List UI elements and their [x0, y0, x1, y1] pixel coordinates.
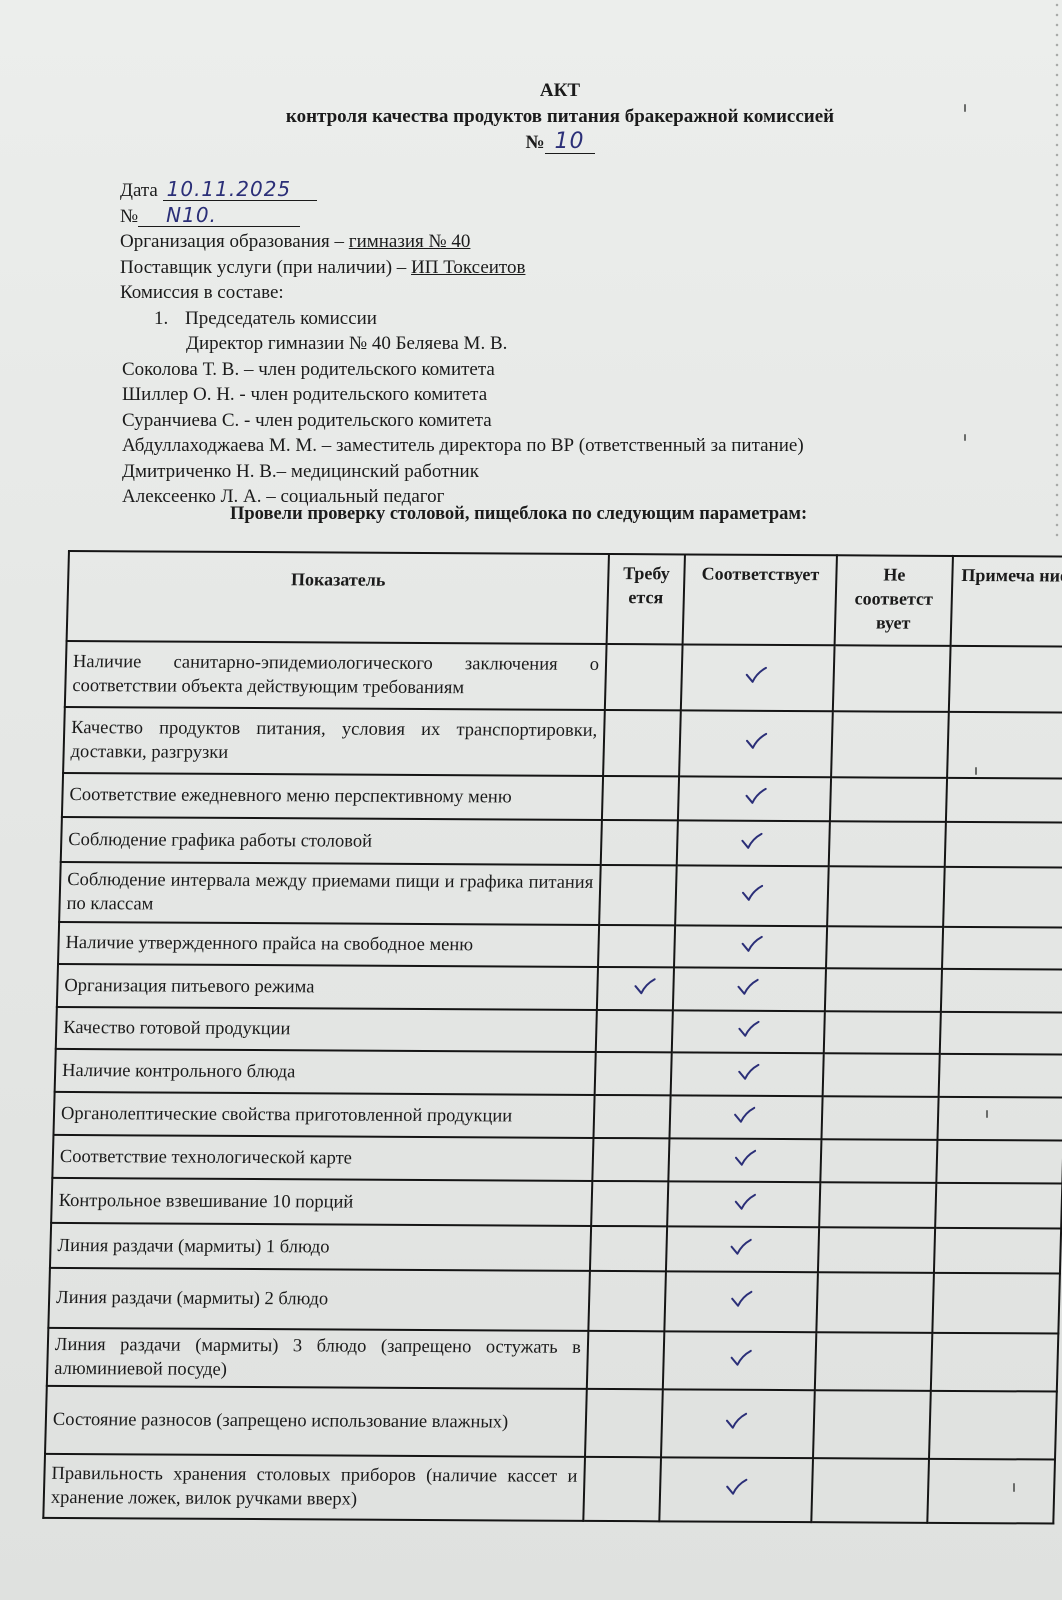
not-complies-cell[interactable] [823, 1053, 940, 1097]
not-complies-cell[interactable] [831, 711, 949, 778]
note-cell[interactable] [929, 1391, 1057, 1460]
not-complies-cell[interactable] [833, 645, 951, 712]
table-row: Органолептические свойства приготовленно… [53, 1092, 1062, 1141]
check-mark-icon [736, 977, 758, 995]
required-cell[interactable] [601, 820, 678, 865]
required-cell[interactable] [595, 1052, 672, 1095]
paper-sheet: АКТ контроля качества продуктов питания … [0, 0, 1062, 1600]
required-cell[interactable] [592, 1138, 669, 1181]
member-5: Дмитриченко Н. В.– медицинский работник [122, 459, 804, 485]
required-cell[interactable] [603, 710, 681, 776]
required-cell[interactable] [599, 865, 677, 925]
table-row: Состояние разносов (запрещено использова… [45, 1386, 1057, 1460]
supplier-label: Поставщик услуги (при наличии) – [120, 257, 411, 278]
note-cell[interactable] [945, 822, 1062, 868]
indicator-cell: Соответствие технологической карте [52, 1135, 593, 1181]
note-cell[interactable] [936, 1140, 1062, 1184]
note-cell[interactable] [947, 712, 1062, 779]
complies-cell[interactable] [675, 865, 829, 926]
check-mark-icon [733, 1105, 755, 1123]
indicator-cell: Соблюдение интервала между приемами пищи… [59, 862, 601, 925]
table-row: Соблюдение интервала между приемами пищи… [59, 862, 1062, 928]
note-cell[interactable] [941, 969, 1062, 1013]
not-complies-cell[interactable] [820, 1139, 937, 1183]
complies-cell[interactable] [671, 1052, 824, 1096]
document-subtitle: контроля качества продуктов питания брак… [230, 104, 890, 130]
note-cell[interactable] [931, 1333, 1059, 1392]
act-number: №10 [230, 130, 890, 156]
complies-cell[interactable] [672, 1010, 825, 1053]
indicator-cell: Линия раздачи (мармиты) 1 блюдо [50, 1223, 591, 1271]
table-row: Соблюдение графика работы столовой [61, 817, 1062, 868]
number-field: №N10. [120, 204, 804, 230]
required-cell[interactable] [602, 776, 679, 820]
table-body: Наличие санитарно-эпидемиологического за… [43, 641, 1062, 1524]
complies-cell[interactable] [679, 710, 833, 777]
complies-cell[interactable] [668, 1138, 821, 1182]
required-cell[interactable] [596, 1010, 673, 1052]
section-title: Провели проверку столовой, пищеблока по … [230, 504, 807, 525]
member-1: Соколова Т. В. – член родительского коми… [122, 357, 804, 383]
document-title: АКТ [230, 78, 890, 104]
note-cell[interactable] [927, 1459, 1055, 1524]
table-row: Линия раздачи (мармиты) 1 блюдо [50, 1223, 1061, 1274]
indicator-cell: Соблюдение графика работы столовой [61, 817, 602, 865]
indicator-cell: Правильность хранения столовых приборов … [43, 1454, 585, 1521]
chair-line: 1. Председатель комиссии [120, 306, 804, 332]
not-complies-cell[interactable] [830, 777, 947, 822]
indicator-cell: Линия раздачи (мармиты) 3 блюдо (запреще… [47, 1328, 589, 1389]
indicator-cell: Организация питьевого режима [57, 964, 598, 1010]
indicator-cell: Состояние разносов (запрещено использова… [45, 1386, 587, 1457]
table-row: Линия раздачи (мармиты) 3 блюдо (запреще… [47, 1328, 1059, 1392]
header-indicator: Показатель [67, 551, 609, 644]
check-mark-icon [744, 732, 766, 750]
check-mark-icon [740, 831, 762, 849]
check-mark-icon [729, 1237, 751, 1255]
inspection-table-wrap: Показатель Требу ется Соответствует Не с… [42, 550, 1062, 1525]
check-mark-icon [740, 884, 762, 902]
paper-speck [964, 434, 966, 441]
not-complies-cell[interactable] [815, 1332, 933, 1391]
note-cell[interactable] [937, 1097, 1062, 1141]
required-cell[interactable] [585, 1389, 663, 1457]
not-complies-cell[interactable] [826, 926, 943, 969]
note-cell[interactable] [946, 778, 1062, 823]
header-not-complies: Не соответст вует [835, 555, 953, 646]
chair-index: 1. [154, 308, 168, 329]
complies-cell[interactable] [674, 925, 827, 968]
indicator-cell: Качество готовой продукции [56, 1007, 597, 1052]
paper-speck [975, 767, 977, 775]
required-cell[interactable] [593, 1095, 670, 1138]
required-cell[interactable] [583, 1457, 661, 1521]
check-mark-icon [729, 1290, 751, 1308]
document-header: АКТ контроля качества продуктов питания … [230, 78, 890, 156]
note-cell[interactable] [949, 646, 1062, 713]
note-cell[interactable] [942, 927, 1062, 970]
check-mark-icon [744, 787, 766, 805]
not-complies-cell[interactable] [813, 1390, 931, 1459]
date-field: Дата 10.11.2025 [120, 178, 804, 204]
required-cell[interactable] [588, 1271, 666, 1331]
note-cell[interactable] [940, 1012, 1062, 1055]
indicator-cell: Органолептические свойства приготовленно… [53, 1092, 594, 1138]
complies-cell[interactable] [673, 967, 826, 1011]
supplier-line: Поставщик услуги (при наличии) – ИП Токс… [120, 255, 804, 281]
table-row: Линия раздачи (мармиты) 2 блюдо [48, 1268, 1060, 1334]
check-mark-icon [733, 1148, 755, 1166]
paper-speck [986, 1110, 988, 1118]
indicator-cell: Линия раздачи (мармиты) 2 блюдо [48, 1268, 590, 1331]
check-mark-icon [740, 935, 762, 953]
check-mark-icon [633, 977, 655, 995]
indicator-cell: Наличие утвержденного прайса на свободно… [58, 922, 599, 967]
check-mark-icon [734, 1192, 756, 1210]
not-complies-cell[interactable] [825, 968, 942, 1012]
paper-speck [964, 104, 966, 112]
table-row: Наличие контрольного блюда [55, 1049, 1062, 1098]
note-cell[interactable] [939, 1054, 1062, 1098]
member-2: Шиллер О. Н. - член родительского комите… [122, 382, 804, 408]
table-row: Соответствие технологической карте [52, 1135, 1062, 1184]
not-complies-cell[interactable] [829, 821, 946, 867]
number-value[interactable]: N10. [138, 204, 300, 227]
header-complies: Соответствует [683, 554, 837, 645]
complies-cell[interactable] [663, 1331, 817, 1390]
chair-name: Директор гимназии № 40 Беляева М. В. [120, 331, 804, 357]
table-row: Организация питьевого режима [57, 964, 1062, 1013]
table-row: Наличие санитарно-эпидемиологического за… [65, 641, 1062, 713]
required-cell[interactable] [590, 1226, 667, 1271]
not-complies-cell[interactable] [824, 1011, 941, 1054]
check-mark-icon [724, 1478, 746, 1496]
check-mark-icon [729, 1349, 751, 1367]
supplier-value: ИП Токсеитов [411, 257, 525, 278]
note-cell[interactable] [943, 867, 1062, 928]
table-header-row: Показатель Требу ется Соответствует Не с… [67, 551, 1062, 647]
note-cell[interactable] [934, 1228, 1061, 1274]
complies-cell[interactable] [659, 1457, 813, 1522]
note-cell[interactable] [935, 1183, 1062, 1229]
required-cell[interactable] [597, 967, 674, 1010]
act-details: Дата 10.11.2025 №N10. Организация образо… [120, 178, 804, 510]
check-mark-icon [737, 1062, 759, 1080]
complies-cell[interactable] [677, 820, 830, 866]
header-note: Примеча ние [951, 556, 1062, 647]
complies-cell[interactable] [678, 776, 831, 821]
table-row: Контрольное взвешивание 10 порций [51, 1178, 1062, 1229]
indicator-cell: Наличие контрольного блюда [55, 1049, 596, 1095]
table-row: Качество продуктов питания, условия их т… [63, 707, 1062, 779]
not-complies-cell[interactable] [819, 1182, 936, 1228]
organization-value: гимназия № 40 [349, 231, 471, 252]
act-number-value[interactable]: 10 [545, 131, 595, 154]
required-cell[interactable] [605, 644, 683, 710]
complies-cell[interactable] [661, 1389, 815, 1458]
organization-line: Организация образования – гимназия № 40 [120, 229, 804, 255]
note-cell[interactable] [932, 1273, 1060, 1334]
not-complies-cell[interactable] [827, 866, 945, 927]
complies-cell[interactable] [667, 1181, 820, 1227]
indicator-cell: Наличие санитарно-эпидемиологического за… [65, 641, 607, 710]
required-cell[interactable] [587, 1331, 665, 1389]
table-row: Качество готовой продукции [56, 1007, 1062, 1055]
perforation-edge [1055, 0, 1059, 540]
not-complies-cell[interactable] [821, 1096, 938, 1140]
indicator-cell: Качество продуктов питания, условия их т… [63, 707, 605, 776]
indicator-cell: Контрольное взвешивание 10 порций [51, 1178, 592, 1226]
organization-label: Организация образования – [120, 231, 349, 252]
table-row: Правильность хранения столовых приборов … [43, 1454, 1055, 1524]
inspection-table: Показатель Требу ется Соответствует Не с… [42, 550, 1062, 1525]
date-value[interactable]: 10.11.2025 [163, 178, 317, 201]
check-mark-icon [745, 666, 767, 684]
number-label: № [120, 206, 138, 227]
paper-speck [1013, 1483, 1015, 1492]
required-cell[interactable] [598, 925, 675, 967]
not-complies-cell[interactable] [811, 1458, 929, 1523]
complies-cell[interactable] [669, 1095, 822, 1139]
table-row: Соответствие ежедневного меню перспектив… [62, 773, 1062, 823]
complies-cell[interactable] [666, 1226, 819, 1272]
check-mark-icon [737, 1020, 759, 1038]
required-cell[interactable] [591, 1181, 668, 1226]
header-required: Требу ется [607, 554, 685, 644]
indicator-cell: Соответствие ежедневного меню перспектив… [62, 773, 603, 820]
complies-cell[interactable] [664, 1271, 818, 1332]
check-mark-icon [725, 1412, 747, 1430]
member-3: Суранчиева С. - член родительского комит… [122, 408, 804, 434]
not-complies-cell[interactable] [818, 1227, 935, 1273]
member-4: Абдуллаходжаева М. М. – заместитель дире… [122, 433, 804, 459]
chair-title: Председатель комиссии [185, 308, 377, 329]
commission-label: Комиссия в составе: [120, 280, 804, 306]
complies-cell[interactable] [681, 644, 835, 711]
act-number-label: № [525, 132, 544, 153]
table-row: Наличие утвержденного прайса на свободно… [58, 922, 1062, 970]
date-label: Дата [120, 180, 158, 201]
not-complies-cell[interactable] [816, 1272, 934, 1333]
